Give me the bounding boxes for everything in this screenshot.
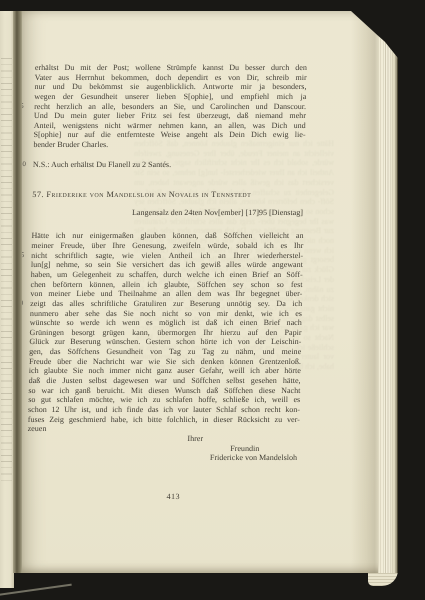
text-line: meiner Freude, über Ihre Genesung, zweif… bbox=[31, 241, 303, 251]
closing-role-text: Freundin bbox=[230, 444, 259, 453]
text-line: lun[g] nehme, so sein Sie versichert das… bbox=[31, 260, 303, 270]
letter-heading: 57. Friederike von Mandelsloh an Novalis… bbox=[32, 190, 304, 200]
scanned-book-photo: { "meta": { "colors": { "paper": "#ebe6c… bbox=[0, 0, 425, 600]
text-line: haben, um Gelegenheit zu schaffen, durch… bbox=[31, 270, 303, 280]
text-line: ich glaubte Sie noch immer nicht ganz au… bbox=[29, 366, 301, 376]
closing-role: 35Freundin bbox=[27, 444, 299, 454]
postscript-text: N.S.: Auch erhältst Du Flanell zu 2 Sant… bbox=[33, 160, 171, 169]
text-line: Und Du mein guter lieber Fritz sei fest … bbox=[34, 111, 306, 121]
text-line: Grüningen besorgt grügen kann, übermorge… bbox=[29, 328, 301, 338]
text-line: erhältst Du mit der Post; wollene Strümp… bbox=[35, 63, 307, 73]
page-number: 413 bbox=[26, 492, 298, 502]
text-line: fuses Zeig geschmierd habe, ich bitte fo… bbox=[28, 415, 300, 425]
page-curvature-shade bbox=[351, 11, 379, 573]
text-line: S[ophie] nur auf die entfernteste Weise … bbox=[33, 130, 305, 140]
text-line: wegen der Gesundheit unserer lieben S[op… bbox=[34, 92, 306, 102]
text-line: nur und Du bekömmst sie augenblicklich. … bbox=[34, 82, 306, 92]
text-line: bender Bruder Charles. bbox=[33, 140, 305, 150]
facing-page-edge bbox=[0, 11, 14, 588]
letter-dateline: Langensalz den 24ten Nov[ember] [17]95 [… bbox=[32, 208, 304, 218]
fore-edge-page-stack bbox=[378, 11, 398, 573]
text-line: zeuen bbox=[28, 424, 300, 434]
text-line: Hätte ich nur einigermaßen glauben könne… bbox=[31, 231, 303, 241]
text-line: chen beförtern können, allein ich glaubt… bbox=[30, 280, 302, 290]
text-line: von meiner Liebe und Theilnahme an allen… bbox=[30, 289, 302, 299]
text-line: wünschte so werde ich wenn es möglich is… bbox=[30, 318, 302, 328]
text-line: nunmero aber sehe das Sie noch nicht so … bbox=[30, 309, 302, 319]
text-line: Vater aus Herrnhut bekommen, doch depend… bbox=[35, 73, 307, 83]
text-line: so war ich ganß beruicht. Mit diesen Wun… bbox=[28, 386, 300, 396]
closing-signature-name: Fridericke von Mandelsloh bbox=[27, 453, 299, 463]
text-line: 5recht herzlich an alle, besonders an Si… bbox=[34, 102, 306, 112]
book-page: Hätte ich nur einigermaßen glauben könne… bbox=[22, 11, 398, 573]
postscript-line: 10N.S.: Auch erhältst Du Flanell zu 2 Sa… bbox=[33, 160, 305, 170]
text-line: Anteil, wenigstens nicht wärmer nehmen k… bbox=[34, 121, 306, 131]
text-line: 20zeigt das alles schriftliche Gratulire… bbox=[30, 299, 302, 309]
closing-salutation: Ihrer bbox=[27, 434, 299, 444]
text-line: schon 12 Uhr ist, und ich finde das ich … bbox=[28, 405, 300, 415]
text-line: daß die Justen selbst dagewesen war und … bbox=[29, 376, 301, 386]
text-line: Freude über die Nachricht war wie Sie si… bbox=[29, 357, 301, 367]
text-line: 30so gut schlafen möchte, wie ich zu sch… bbox=[28, 395, 300, 405]
text-line: 15nicht schriftlich sagte, wie vielen An… bbox=[31, 251, 303, 261]
letter-body-paragraph: Hätte ich nur einigermaßen glauben könne… bbox=[28, 231, 304, 433]
facing-page-text-lines bbox=[1, 56, 12, 486]
letter-continuation-paragraph: erhältst Du mit der Post; wollene Strümp… bbox=[33, 63, 307, 150]
text-line: Glück zur Beserung wünschen. Gestern sch… bbox=[29, 337, 301, 347]
printed-text-block: erhältst Du mit der Post; wollene Strümp… bbox=[26, 63, 307, 502]
text-line: 25gen, das Söffchens Gesundheit von Tag … bbox=[29, 347, 301, 357]
